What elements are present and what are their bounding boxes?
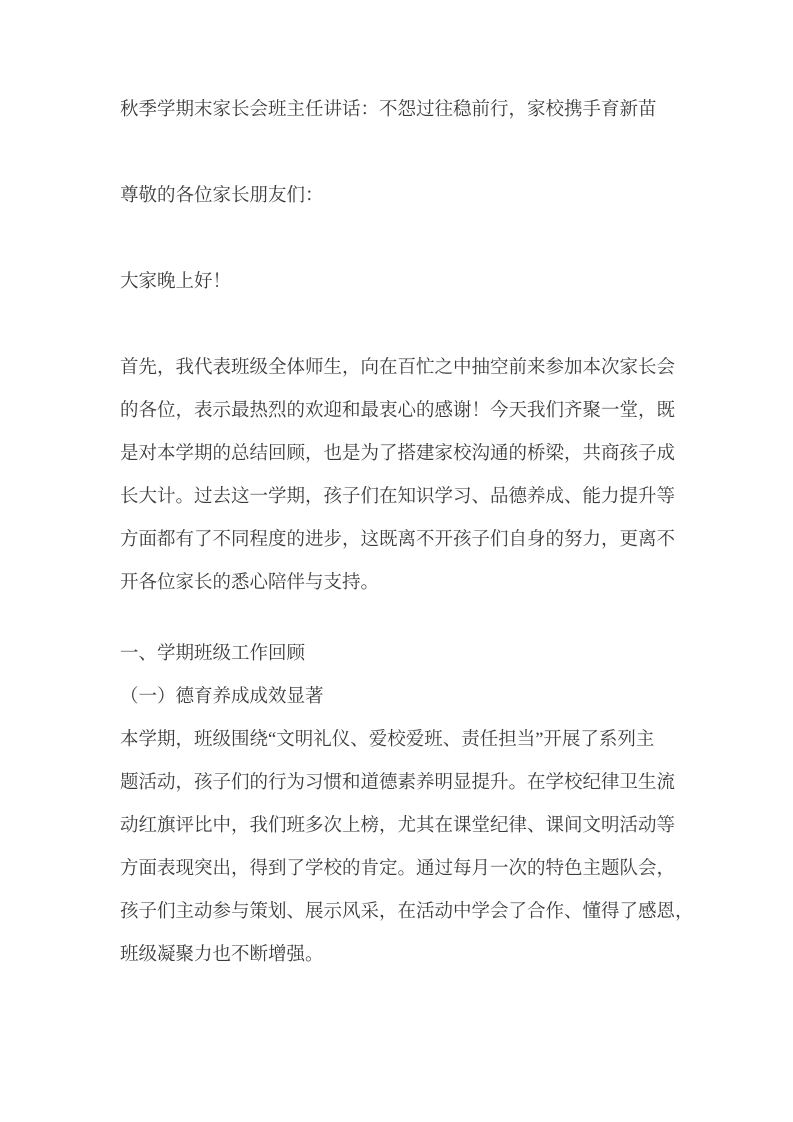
text-line: 一、学期班级工作回顾 bbox=[120, 633, 693, 676]
document-title: 秋季学期末家长会班主任讲话：不怨过往稳前行，家校携手育新苗 bbox=[120, 89, 693, 132]
blank-line bbox=[120, 304, 693, 347]
greeting: 大家晚上好！ bbox=[120, 261, 693, 304]
intro-paragraph: 首先，我代表班级全体师生，向在百忙之中抽空前来参加本次家长会的各位，表示最热烈的… bbox=[120, 347, 693, 605]
text-line: 是对本学期的总结回顾，也是为了搭建家校沟通的桥梁，共商孩子成 bbox=[120, 433, 693, 476]
text-line: （一）德育养成成效显著 bbox=[120, 676, 693, 719]
text-line: 班级凝聚力也不断增强。 bbox=[120, 934, 693, 977]
text-line: 孩子们主动参与策划、展示风采，在活动中学会了合作、懂得了感恩， bbox=[120, 891, 693, 934]
body-paragraph: 本学期，班级围绕“文明礼仪、爱校爱班、责任担当”开展了系列主题活动，孩子们的行为… bbox=[120, 719, 693, 977]
text-line: 长大计。过去这一学期，孩子们在知识学习、品德养成、能力提升等 bbox=[120, 476, 693, 519]
text-line: 题活动，孩子们的行为习惯和道德素养明显提升。在学校纪律卫生流 bbox=[120, 762, 693, 805]
subsection-heading: （一）德育养成成效显著 bbox=[120, 676, 693, 719]
section-heading: 一、学期班级工作回顾 bbox=[120, 633, 693, 676]
text-line: 开各位家长的悉心陪伴与支持。 bbox=[120, 562, 693, 605]
text-line: 首先，我代表班级全体师生，向在百忙之中抽空前来参加本次家长会 bbox=[120, 347, 693, 390]
text-line: 的各位，表示最热烈的欢迎和最衷心的感谢！今天我们齐聚一堂，既 bbox=[120, 390, 693, 433]
text-line: 动红旗评比中，我们班多次上榜，尤其在课堂纪律、课间文明活动等 bbox=[120, 805, 693, 848]
text-line: 秋季学期末家长会班主任讲话：不怨过往稳前行，家校携手育新苗 bbox=[120, 89, 693, 132]
blank-line bbox=[120, 218, 693, 261]
text-line: 方面都有了不同程度的进步，这既离不开孩子们自身的努力，更离不 bbox=[120, 519, 693, 562]
text-line: 尊敬的各位家长朋友们： bbox=[120, 175, 693, 218]
document-content: 秋季学期末家长会班主任讲话：不怨过往稳前行，家校携手育新苗 尊敬的各位家长朋友们… bbox=[0, 0, 793, 977]
document-page: 秋季学期末家长会班主任讲话：不怨过往稳前行，家校携手育新苗 尊敬的各位家长朋友们… bbox=[0, 0, 793, 1122]
salutation: 尊敬的各位家长朋友们： bbox=[120, 175, 693, 218]
paragraph-spacer bbox=[120, 605, 693, 633]
text-line: 大家晚上好！ bbox=[120, 261, 693, 304]
blank-line bbox=[120, 132, 693, 175]
text-line: 方面表现突出，得到了学校的肯定。通过每月一次的特色主题队会， bbox=[120, 848, 693, 891]
text-line: 本学期，班级围绕“文明礼仪、爱校爱班、责任担当”开展了系列主 bbox=[120, 719, 693, 762]
